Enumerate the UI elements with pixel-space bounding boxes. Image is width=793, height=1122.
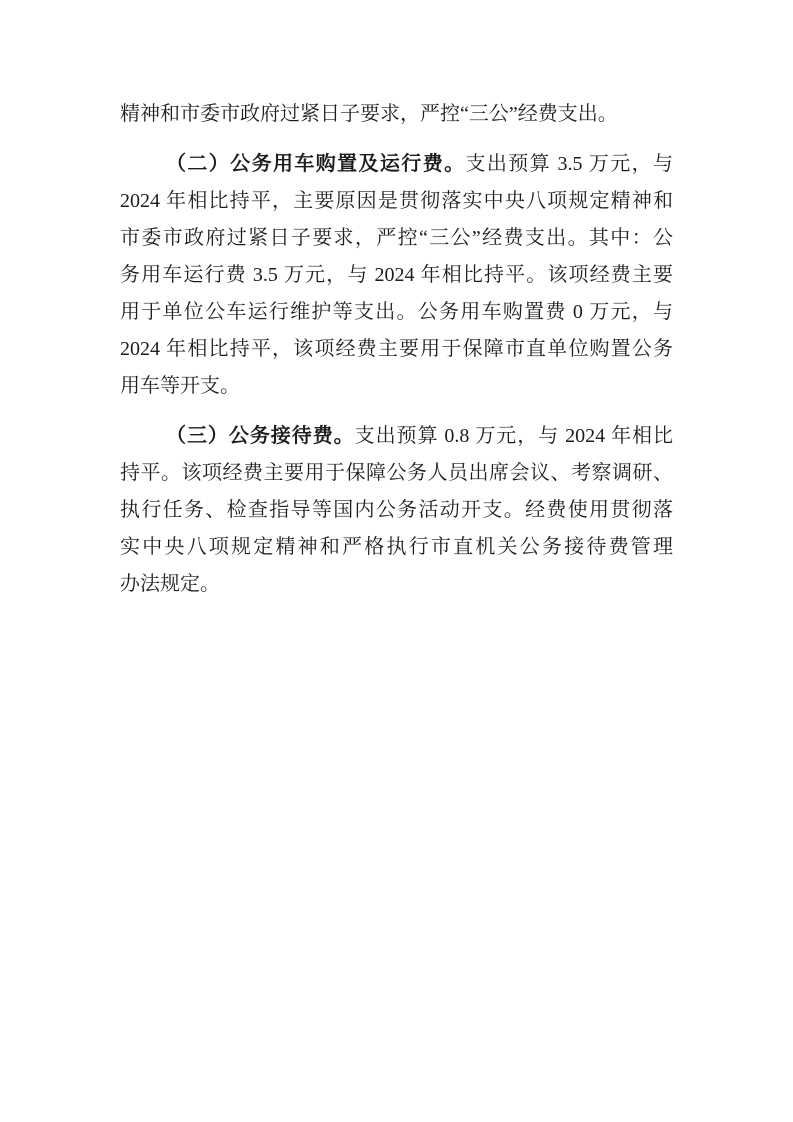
text-line: 持平。该项经费主要用于保障公务人员出席会议、考察调研、 [120, 455, 673, 492]
text-segment: 2024 年相比持平，主要原因是贯彻落实中央八项规定精神和 [120, 190, 673, 212]
text-line: 实中央八项规定精神和严格执行市直机关公务接待费管理 [120, 529, 673, 566]
text-line: 用车等开支。 [120, 368, 673, 405]
text-line: 2024 年相比持平，该项经费主要用于保障市直单位购置公务 [120, 331, 673, 368]
text-line: （三）公务接待费。支出预算 0.8 万元，与 2024 年相比 [120, 418, 673, 455]
text-segment: 精神和市委市政府过紧日子要求，严控“三公”经费支出。 [120, 103, 618, 125]
text-line: 执行任务、检查指导等国内公务活动开支。经费使用贯彻落 [120, 492, 673, 529]
text-segment: 执行任务、检查指导等国内公务活动开支。经费使用贯彻落 [120, 499, 673, 521]
text-line: 办法规定。 [120, 566, 673, 603]
text-segment: 用于单位公车运行维护等支出。公务用车购置费 0 万元，与 [120, 301, 673, 323]
paragraph-heading: （二）公务用车购置及运行费。 [166, 153, 465, 175]
text-segment: 务用车运行费 3.5 万元，与 2024 年相比持平。该项经费主要 [120, 264, 673, 286]
text-segment: 持平。该项经费主要用于保障公务人员出席会议、考察调研、 [120, 462, 673, 484]
text-line: 用于单位公车运行维护等支出。公务用车购置费 0 万元，与 [120, 294, 673, 331]
paragraph-continuation: 精神和市委市政府过紧日子要求，严控“三公”经费支出。 [120, 96, 673, 133]
paragraph-reception-expense: （三）公务接待费。支出预算 0.8 万元，与 2024 年相比持平。该项经费主要… [120, 418, 673, 603]
text-segment: 实中央八项规定精神和严格执行市直机关公务接待费管理 [120, 536, 673, 558]
text-line: 精神和市委市政府过紧日子要求，严控“三公”经费支出。 [120, 96, 673, 133]
text-segment: 用车等开支。 [120, 375, 240, 397]
text-segment: 办法规定。 [120, 573, 220, 595]
text-segment: 市委市政府过紧日子要求，严控“三公”经费支出。其中：公 [120, 227, 673, 249]
text-line: 2024 年相比持平，主要原因是贯彻落实中央八项规定精神和 [120, 183, 673, 220]
document-body: 精神和市委市政府过紧日子要求，严控“三公”经费支出。（二）公务用车购置及运行费。… [120, 96, 673, 616]
text-segment: 支出预算 0.8 万元，与 2024 年相比 [355, 425, 673, 447]
text-line: 务用车运行费 3.5 万元，与 2024 年相比持平。该项经费主要 [120, 257, 673, 294]
paragraph-vehicle-expense: （二）公务用车购置及运行费。支出预算 3.5 万元，与2024 年相比持平，主要… [120, 146, 673, 405]
text-line: （二）公务用车购置及运行费。支出预算 3.5 万元，与 [120, 146, 673, 183]
text-line: 市委市政府过紧日子要求，严控“三公”经费支出。其中：公 [120, 220, 673, 257]
document-page: 精神和市委市政府过紧日子要求，严控“三公”经费支出。（二）公务用车购置及运行费。… [0, 0, 793, 1122]
text-segment: 支出预算 3.5 万元，与 [465, 153, 673, 175]
paragraph-heading: （三）公务接待费。 [166, 425, 355, 447]
text-segment: 2024 年相比持平，该项经费主要用于保障市直单位购置公务 [120, 338, 673, 360]
